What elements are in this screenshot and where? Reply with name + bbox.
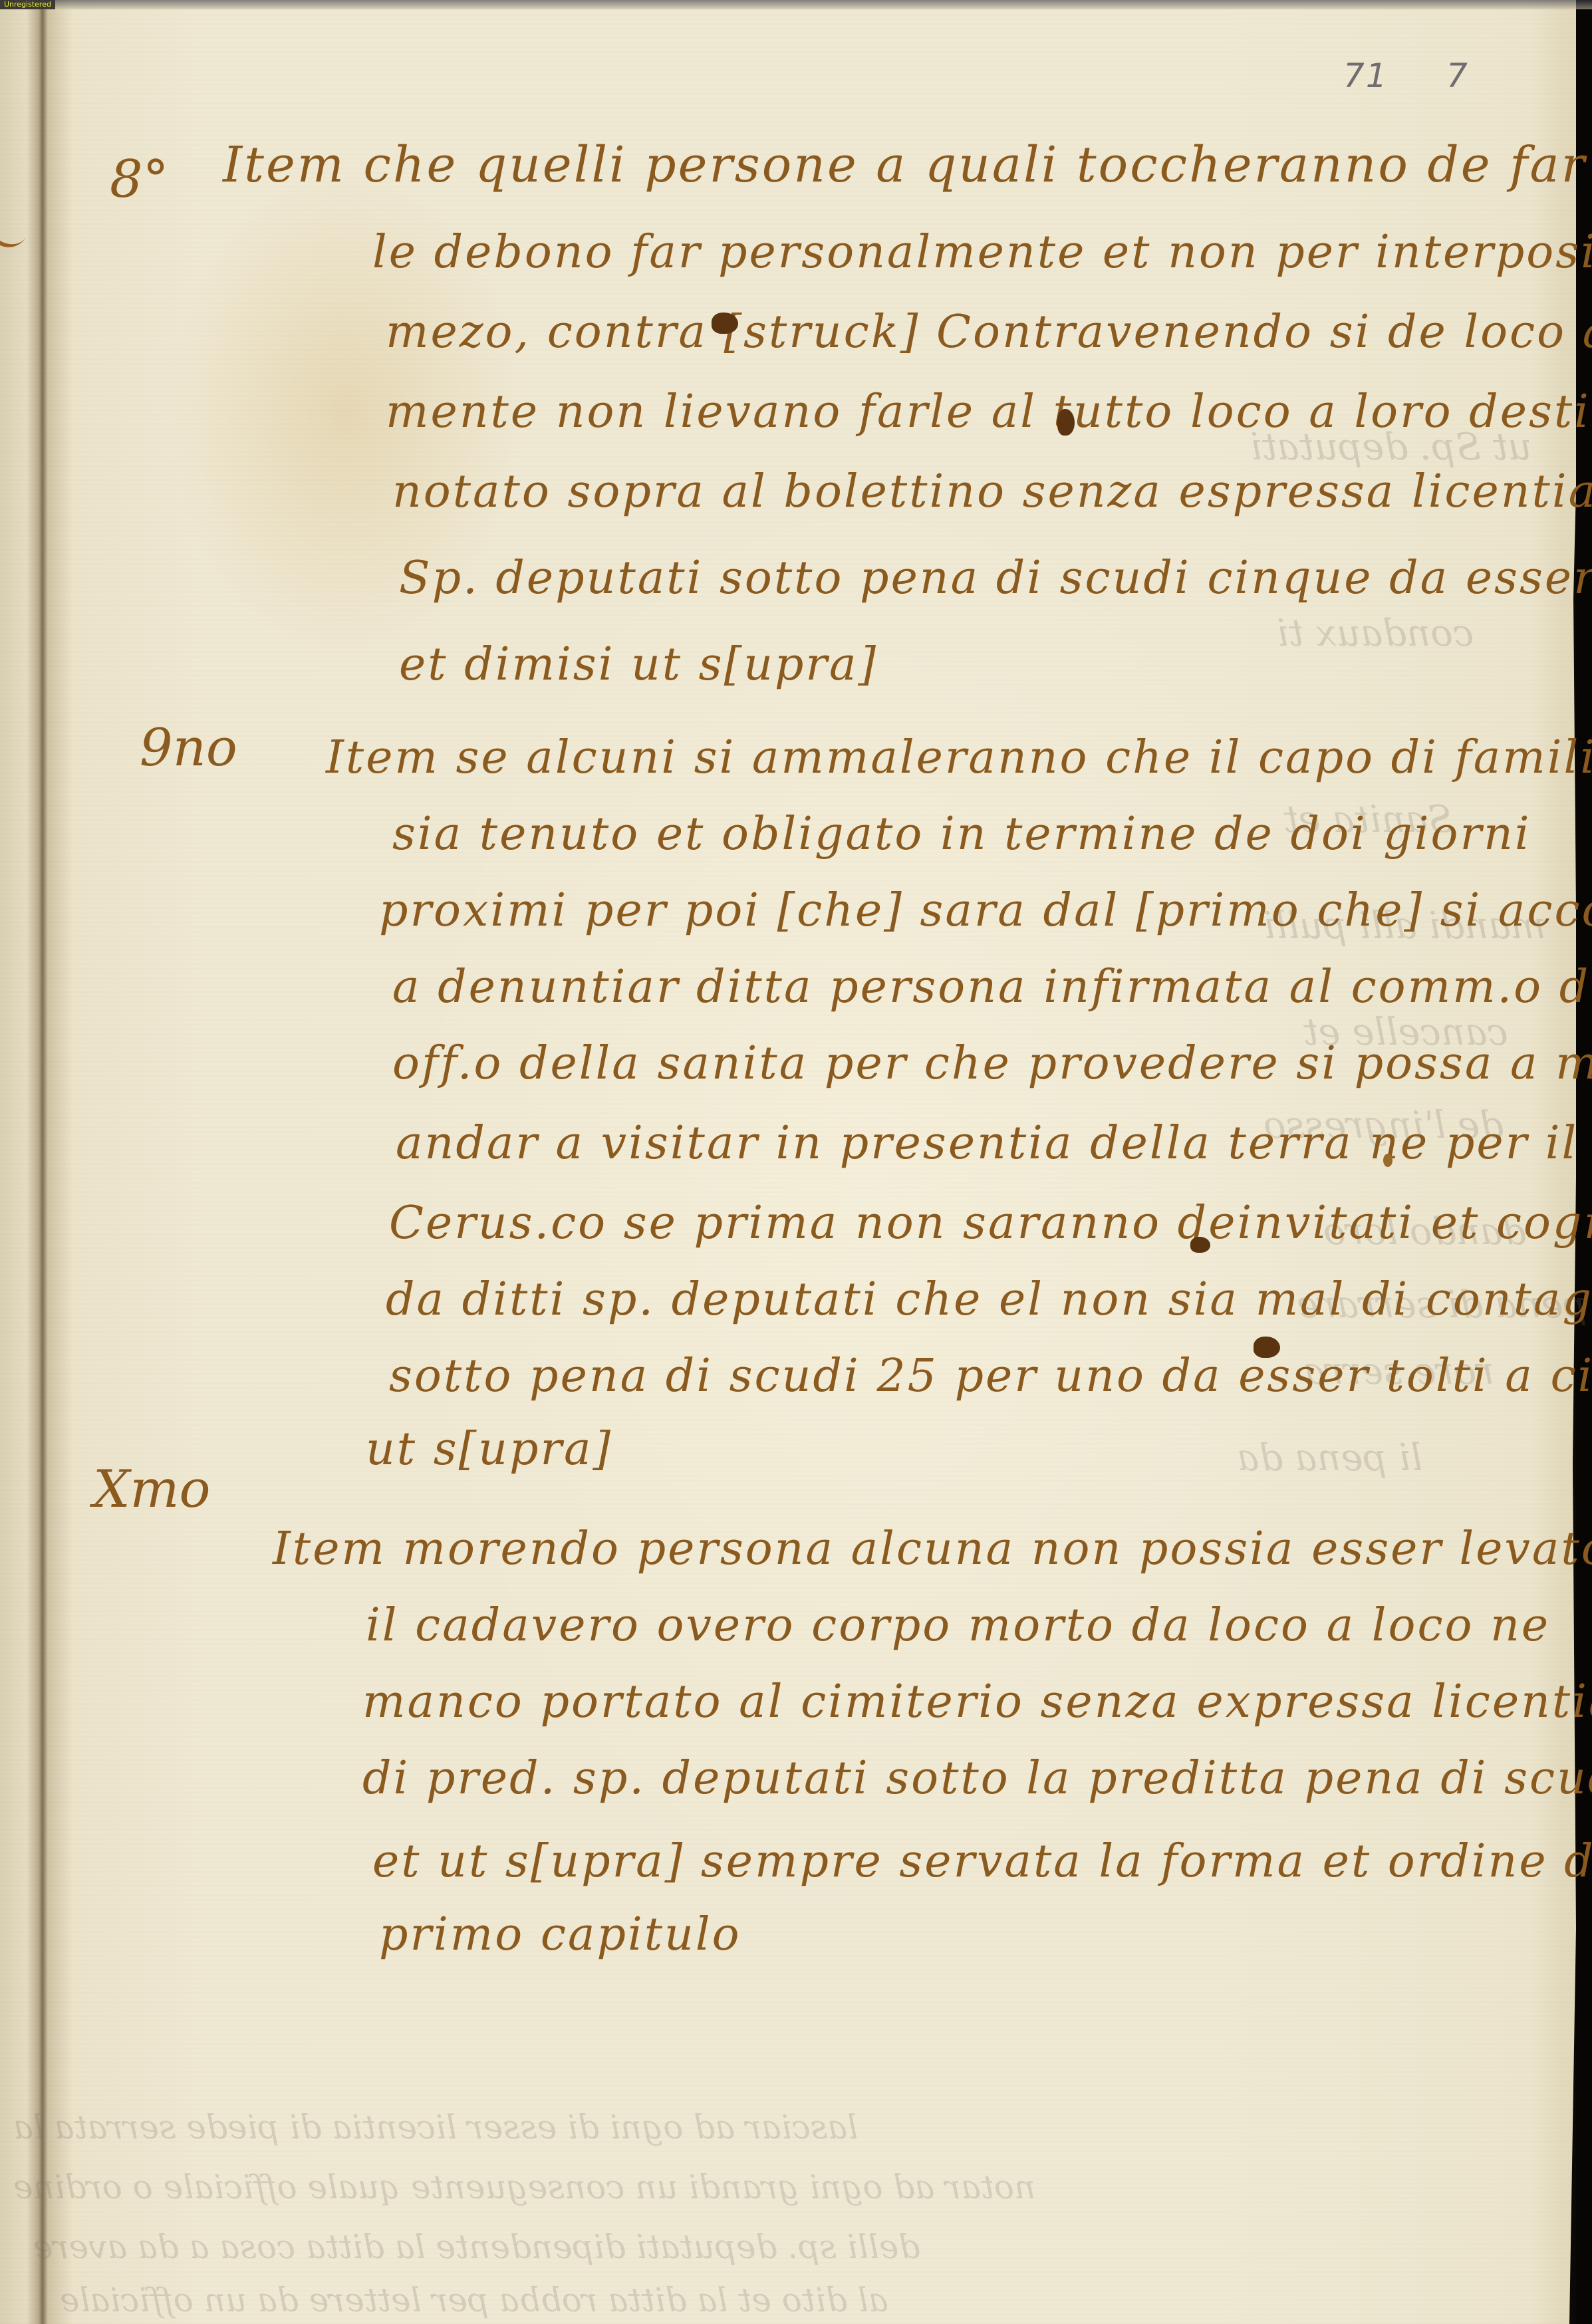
manuscript-line: andar a visitar in presentia della terra…	[396, 1117, 1578, 1170]
item-marker: 9no	[140, 718, 237, 778]
manuscript-line: Item che quelli persone a quali tocchera…	[223, 136, 1592, 194]
scan-top-edge	[0, 0, 1592, 9]
manuscript-line: Sp. deputati sotto pena di scudi cinque …	[399, 552, 1592, 604]
manuscript-line: Item morendo persona alcuna non possia e…	[273, 1523, 1592, 1575]
bleed-through-text: lasciar ad ogni di esser licentia di pie…	[13, 2108, 858, 2146]
manuscript-line: et ut s[upra] sempre servata la forma et…	[372, 1835, 1592, 1888]
ink-blot	[1190, 1237, 1210, 1253]
ink-blot	[1057, 409, 1075, 436]
item-marker: Xmo	[93, 1460, 210, 1519]
manuscript-line: mente non lievano farle al tutto loco a …	[386, 386, 1592, 438]
manuscript-line: notato sopra al bolettino senza espressa…	[392, 465, 1592, 518]
ink-blot	[1254, 1337, 1280, 1358]
manuscript-line: manco portato al cimiterio senza express…	[362, 1676, 1592, 1728]
bleed-through-text: li pena da	[1237, 1436, 1422, 1480]
manuscript-line: off.o della sanita per che provedere si …	[392, 1037, 1592, 1090]
ink-blot	[712, 313, 738, 334]
ink-spot	[1383, 1154, 1393, 1167]
manuscript-line: et dimisi ut s[upra]	[399, 638, 878, 691]
manuscript-line: mezo, contra [struck] Contravenendo si d…	[386, 306, 1592, 358]
manuscript-line: da ditti sp. deputati che el non sia mal…	[386, 1273, 1592, 1326]
manuscript-line: sotto pena di scudi 25 per uno da esser …	[389, 1350, 1592, 1402]
manuscript-line: di pred. sp. deputati sotto la preditta …	[362, 1752, 1592, 1805]
manuscript-line: primo capitulo	[379, 1908, 741, 1961]
manuscript-line: proximi per poi [che] sara dal [primo ch…	[379, 884, 1592, 937]
bleed-through-text: condaux ti	[1277, 612, 1474, 655]
folio-number: 71	[1343, 57, 1389, 95]
manuscript-line: ut s[upra]	[366, 1423, 612, 1476]
manuscript-line: Item se alcuni si ammaleranno che il cap…	[326, 731, 1592, 784]
manuscript-line: Cerus.co se prima non saranno deinvitati…	[389, 1197, 1592, 1249]
manuscript-line: sia tenuto et obligato in termine de doi…	[392, 808, 1531, 860]
bleed-through-text: al dito et la ditta robba per lettere da…	[60, 2281, 888, 2319]
bleed-through-text: notar ad ogni grandi un conseguente qual…	[13, 2168, 1035, 2206]
manuscript-line: le debono far personalmente et non per i…	[372, 226, 1592, 279]
manuscript-line: a denuntiar ditta persona infirmata al c…	[392, 961, 1592, 1013]
folio-number-secondary: 7	[1446, 57, 1469, 95]
manuscript-line: il cadavero overo corpo morto da loco a …	[366, 1599, 1550, 1652]
unregistered-watermark: Unregistered	[0, 0, 55, 9]
item-marker: 8°	[110, 150, 169, 209]
bleed-through-text: delli sp. deputati dipendente la ditta c…	[33, 2228, 920, 2266]
